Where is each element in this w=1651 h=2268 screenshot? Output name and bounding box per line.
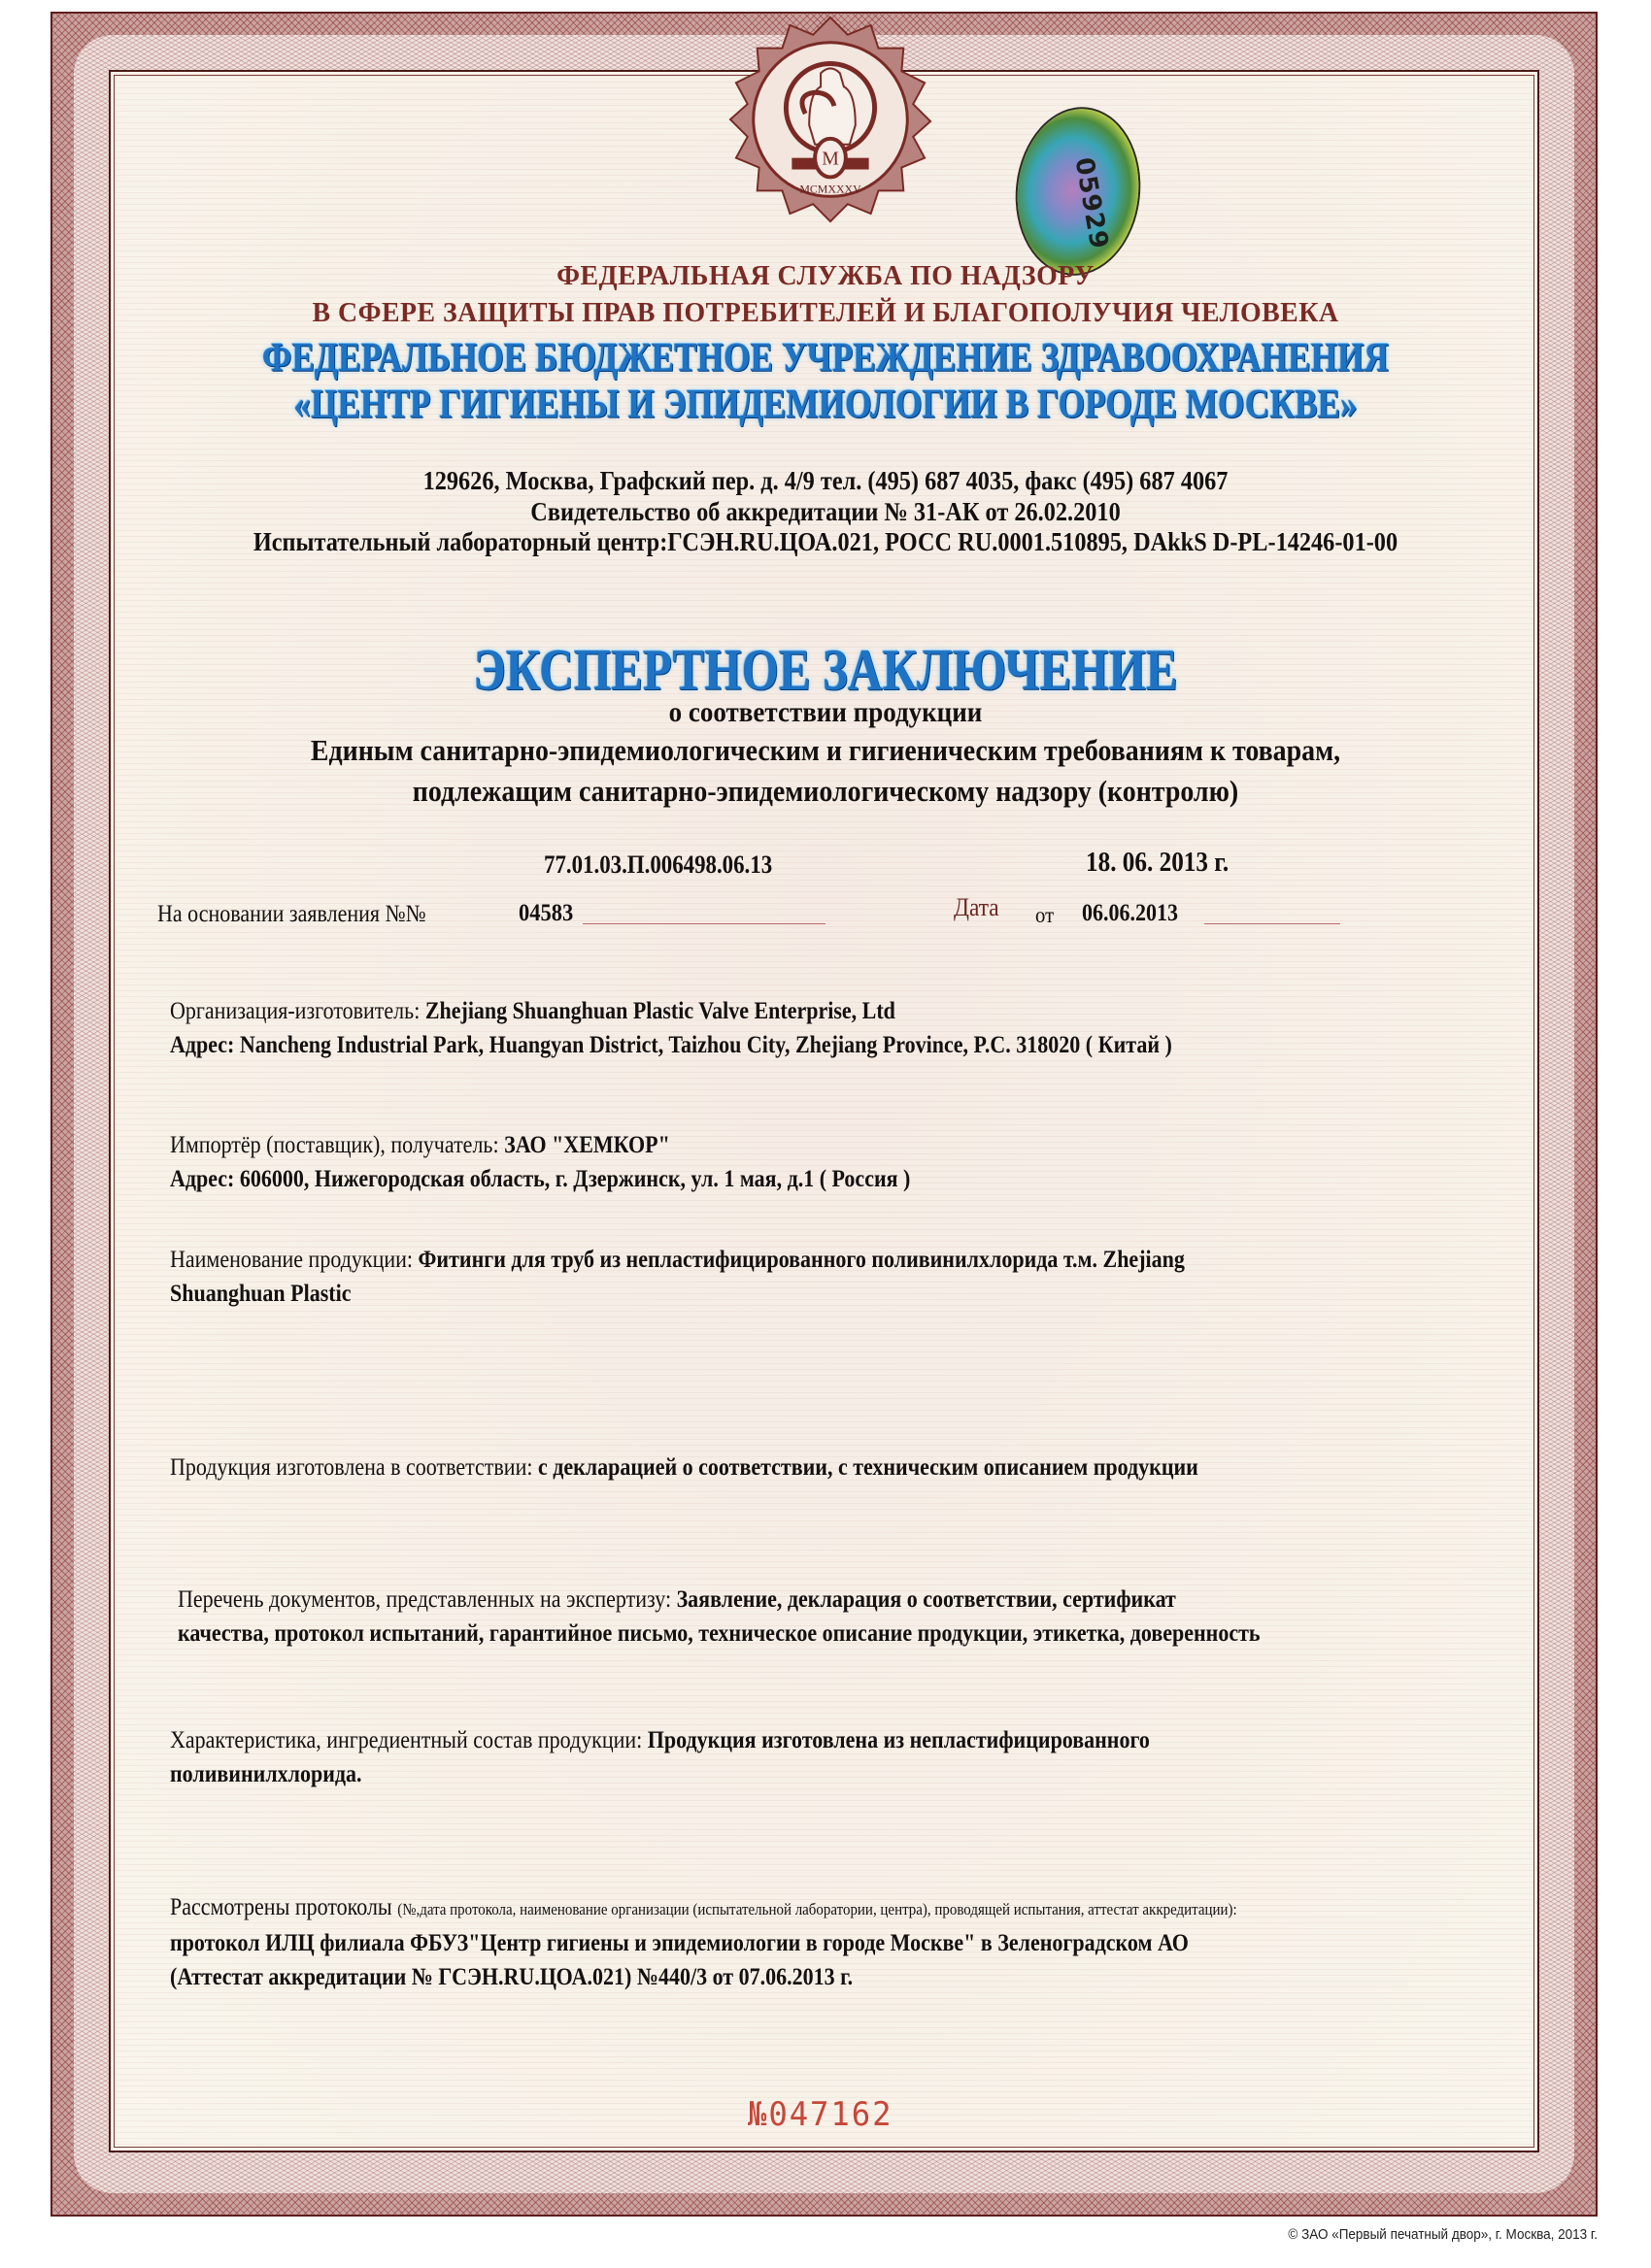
composition-label: Характеристика, ингредиентный состав про… xyxy=(170,1727,648,1753)
documents-value: Заявление, декларация о соответствии, се… xyxy=(677,1586,1176,1613)
printer-copyright: © ЗАО «Первый печатный двор», г. Москва,… xyxy=(1288,2226,1598,2243)
application-date: 06.06.2013 xyxy=(1082,900,1178,927)
manufacturer-label: Организация-изготовитель: xyxy=(170,998,425,1024)
product-name-cont: Shuanghuan Plastic xyxy=(170,1277,1400,1311)
organization-address: 129626, Москва, Графский пер. д. 4/9 тел… xyxy=(83,466,1568,496)
document-subtitle-1: о соответствии продукции xyxy=(83,696,1568,729)
date-from-label: от xyxy=(1035,903,1054,928)
application-number: 04583 xyxy=(519,900,573,927)
document-title: ЭКСПЕРТНОЕ ЗАКЛЮЧЕНИЕ xyxy=(149,637,1502,704)
product-label: Наименование продукции: xyxy=(170,1247,419,1273)
registration-date: 18. 06. 2013 г. xyxy=(1086,848,1229,879)
application-underline xyxy=(583,923,825,924)
conformity-label: Продукция изготовлена в соответствии: xyxy=(170,1454,538,1481)
composition-value-cont: поливинилхлорида. xyxy=(170,1757,1400,1791)
documents-section: Перечень документов, представленных на э… xyxy=(178,1583,1576,1651)
composition-value: Продукция изготовлена из непластифициров… xyxy=(648,1727,1150,1753)
importer-label: Импортёр (поставщик), получатель: xyxy=(170,1132,504,1158)
svg-text:MCMXXXV: MCMXXXV xyxy=(799,182,861,195)
protocols-section: Рассмотрены протоколы (№,дата протокола,… xyxy=(170,1890,1568,1994)
composition-section: Характеристика, ингредиентный состав про… xyxy=(170,1723,1568,1791)
organization-line-2: «ЦЕНТР ГИГИЕНЫ И ЭПИДЕМИОЛОГИИ В ГОРОДЕ … xyxy=(132,382,1519,428)
registration-number: 77.01.03.П.006498.06.13 xyxy=(544,850,772,880)
protocols-value-cont: (Аттестат аккредитации № ГСЭН.RU.ЦОА.021… xyxy=(170,1960,1400,1994)
date-label: Дата xyxy=(954,893,999,922)
emblem-seal-icon: M MCMXXXV xyxy=(724,14,936,225)
date-underline xyxy=(1204,923,1340,924)
document-subtitle-2: Единым санитарно-эпидемиологическим и ги… xyxy=(83,733,1568,768)
form-serial-number: №047162 xyxy=(748,2095,893,2134)
manufacturer-name: Zhejiang Shuanghuan Plastic Valve Enterp… xyxy=(425,998,895,1024)
product-name: Фитинги для труб из непластифицированног… xyxy=(419,1247,1185,1273)
protocols-value: протокол ИЛЦ филиала ФБУЗ"Центр гигиены … xyxy=(170,1926,1400,1960)
document-subtitle-3: подлежащим санитарно-эпидемиологическому… xyxy=(83,774,1568,809)
agency-line-1: ФЕДЕРАЛЬНАЯ СЛУЖБА ПО НАДЗОРУ xyxy=(33,260,1618,292)
importer-address: Адрес: 606000, Нижегородская область, г.… xyxy=(170,1162,1400,1196)
manufacturer-address: Адрес: Nancheng Industrial Park, Huangya… xyxy=(170,1028,1400,1062)
conformity-section: Продукция изготовлена в соответствии: с … xyxy=(170,1451,1568,1484)
accreditation-certificate: Свидетельство об аккредитации № 31-АК от… xyxy=(83,497,1568,527)
protocols-label: Рассмотрены протоколы xyxy=(170,1894,397,1920)
application-label: На основании заявления №№ xyxy=(157,901,425,928)
svg-text:M: M xyxy=(822,149,839,170)
agency-line-2: В СФЕРЕ ЗАЩИТЫ ПРАВ ПОТРЕБИТЕЛЕЙ И БЛАГО… xyxy=(33,297,1618,329)
protocols-hint: (№,дата протокола, наименование организа… xyxy=(397,1900,1236,1918)
manufacturer-section: Организация-изготовитель: Zhejiang Shuan… xyxy=(170,994,1568,1062)
documents-value-cont: качества, протокол испытаний, гарантийно… xyxy=(178,1617,1408,1651)
lab-center-ids: Испытательный лабораторный центр:ГСЭН.RU… xyxy=(83,527,1568,557)
conformity-value: с декларацией о соответствии, с техничес… xyxy=(538,1454,1198,1481)
documents-label: Перечень документов, представленных на э… xyxy=(178,1586,677,1613)
importer-section: Импортёр (поставщик), получатель: ЗАО "Х… xyxy=(170,1128,1568,1196)
importer-name: ЗАО "ХЕМКОР" xyxy=(504,1132,670,1158)
organization-line-1: ФЕДЕРАЛЬНОЕ БЮДЖЕТНОЕ УЧРЕЖДЕНИЕ ЗДРАВОО… xyxy=(132,335,1519,382)
product-section: Наименование продукции: Фитинги для труб… xyxy=(170,1243,1568,1311)
